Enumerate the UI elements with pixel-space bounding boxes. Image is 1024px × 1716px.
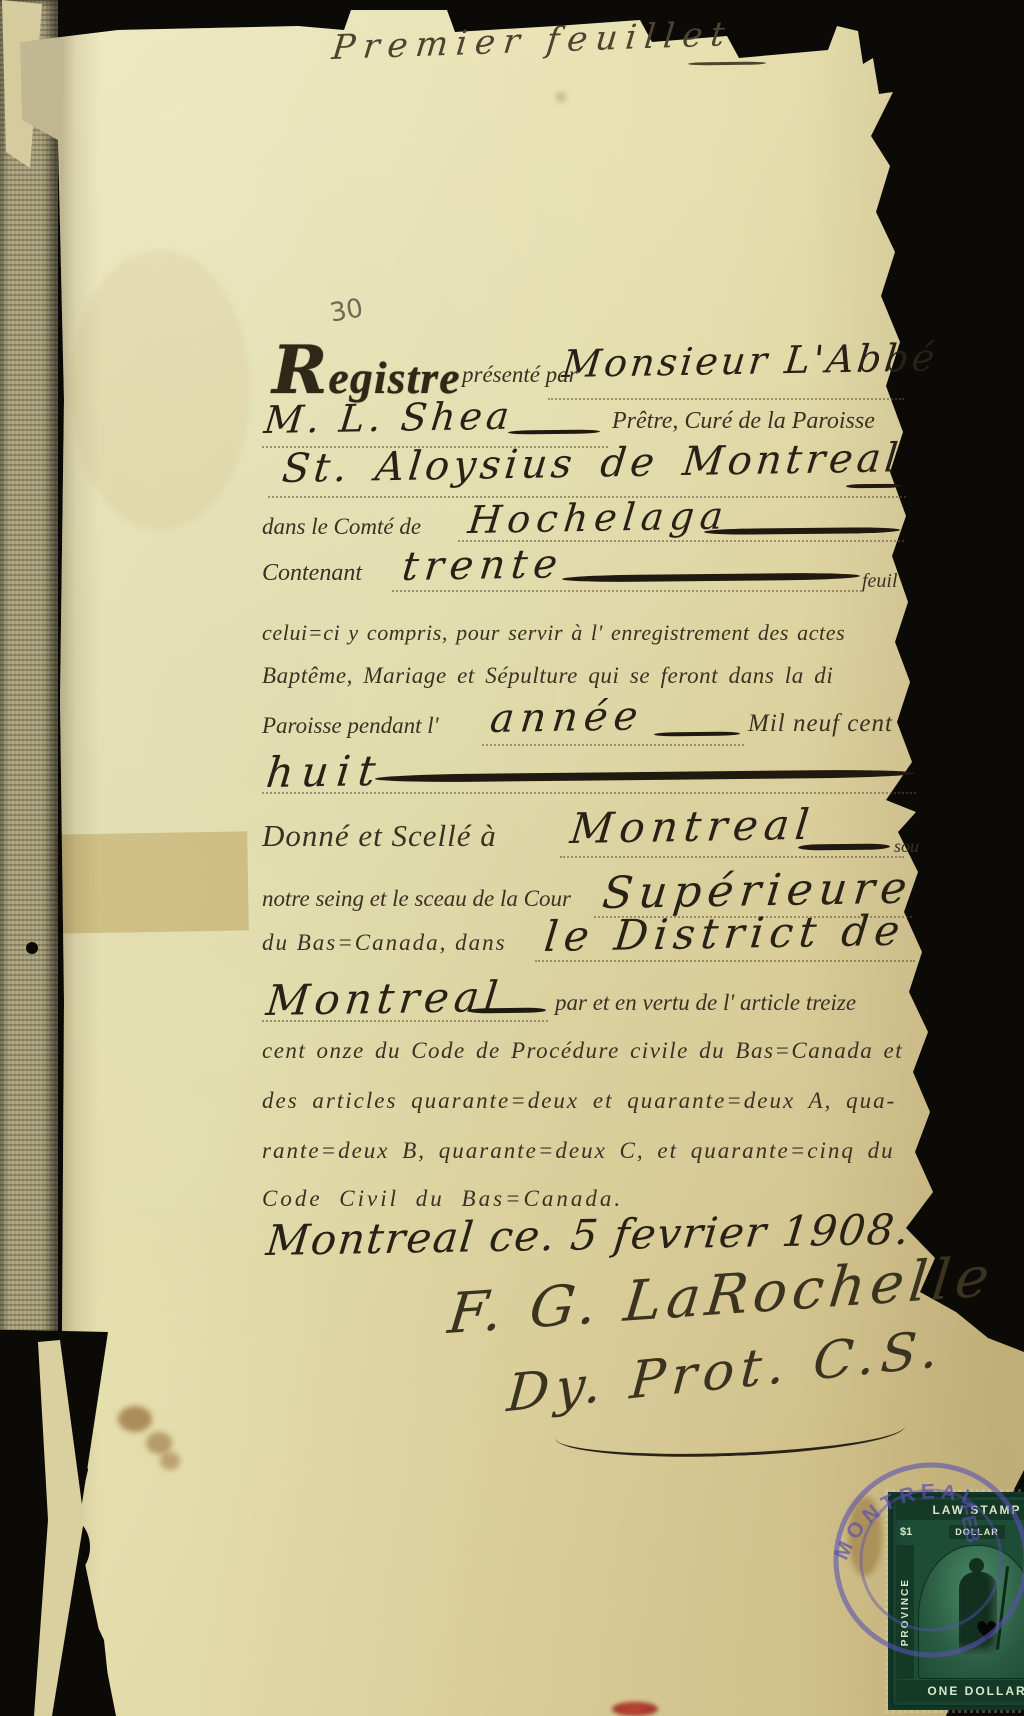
form-rule (392, 590, 862, 592)
form-rule (535, 960, 915, 962)
form-bas-canada-dans: du Bas=Canada, dans (262, 930, 507, 956)
stamp-top-band: LAW STAMP (896, 1500, 1024, 1520)
stamp-top-label: LAW STAMP (932, 1503, 1021, 1517)
form-paroisse-pendant: Paroisse pendant l' (262, 713, 439, 739)
entry-district-city: Montreal (264, 972, 505, 1025)
handwritten-dash (798, 844, 890, 851)
form-rule (482, 744, 744, 746)
ink-stain (160, 1452, 180, 1470)
stamp-left-stain (848, 1496, 882, 1576)
law-stamp: LAW STAMP $1 DOLLAR $1 PROVINCE OF QUEBE… (888, 1492, 1024, 1710)
form-clause-articles-2: rante=deux B, quarante=deux C, et quaran… (262, 1138, 895, 1164)
form-rule (560, 856, 904, 858)
pencil-folio-number: 30 (328, 293, 366, 328)
form-donne-scelle: Donné et Scellé à (262, 818, 497, 854)
form-rule (262, 1020, 548, 1022)
water-stain (70, 250, 250, 530)
stamp-bottom-label: ONE DOLLAR (927, 1684, 1024, 1698)
small-spot (556, 92, 566, 102)
stamp-denom-left: $1 (900, 1526, 912, 1538)
page-hole (26, 942, 38, 954)
form-clause-cent-onze: cent onze du Code de Procédure civile du… (262, 1038, 903, 1064)
justice-figure-icon (969, 1558, 984, 1573)
stamp-province-label: PROVINCE (900, 1578, 911, 1646)
entry-city-sealed: Montreal (568, 800, 817, 853)
stamp-vignette (918, 1545, 1024, 1679)
stamp-bottom-band: ONE DOLLAR (896, 1680, 1024, 1702)
form-feuilles-cut: feuil (862, 570, 898, 593)
handwritten-dash (846, 484, 902, 489)
entry-county: Hochelaga (466, 493, 731, 542)
form-clause-articles: des articles quarante=deux et quarante=d… (262, 1088, 896, 1114)
form-seing-sceau: notre seing et le sceau de la Cour (262, 886, 571, 912)
form-pretre-cure: Prêtre, Curé de la Paroisse (612, 408, 875, 435)
entry-year-word: huit (264, 746, 386, 797)
entry-cure-name: M. L. Shea (262, 394, 515, 442)
ink-stain (146, 1432, 172, 1454)
scanned-register-photo: Premier feuillet 30 Registre présenté pa… (0, 0, 1024, 1716)
stamp-denom-word: DOLLAR (949, 1525, 1005, 1539)
red-smudge (612, 1702, 658, 1716)
entry-monsieur-labbe: Monsieur L'Abbé (560, 335, 940, 386)
stamp-denomination-band: $1 DOLLAR $1 (896, 1522, 1024, 1542)
form-clause-enregistrement: celui=ci y compris, pour servir à l' enr… (262, 620, 845, 646)
entry-sheet-count: trente (400, 541, 566, 590)
form-contenant: Contenant (262, 560, 362, 587)
form-en-vertu: par et en vertu de l' article treize (555, 990, 856, 1016)
stamp-side-left: PROVINCE (896, 1545, 914, 1679)
entry-annee: année (488, 693, 646, 742)
form-clause-bms: Baptême, Mariage et Sépulture qui se fer… (262, 663, 833, 689)
tape-stain-band (55, 831, 249, 933)
ink-stain (118, 1406, 152, 1432)
form-clause-code-civil: Code Civil du Bas=Canada. (262, 1186, 623, 1212)
form-mil-neuf-cent: Mil neuf cent (748, 710, 893, 738)
form-comte-de: dans le Comté de (262, 514, 421, 540)
form-sous-cut: sou (894, 836, 919, 857)
form-rule (262, 792, 916, 794)
entry-district-de: le District de (542, 906, 908, 961)
form-rule (548, 398, 904, 400)
punch-hole-heart-icon: ♥ (975, 1619, 998, 1645)
